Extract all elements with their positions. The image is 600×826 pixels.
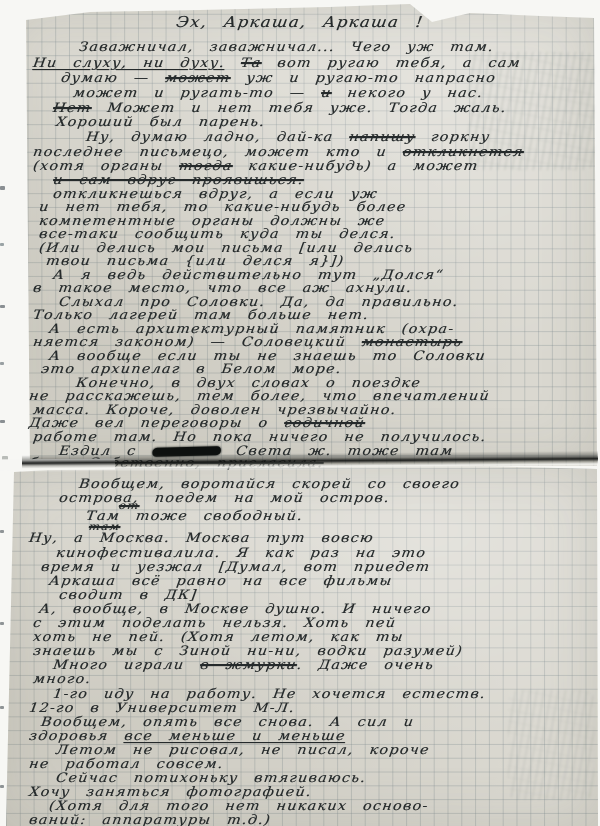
letter-text-segment: напишу	[348, 130, 416, 145]
letter-text-segment: . Даже очень	[296, 658, 435, 673]
letter-text-segment: Та	[240, 56, 263, 71]
letter-line: Хочу заняться фотографией.	[28, 785, 313, 800]
letter-text-segment: последнее письмецо, может кто и	[32, 145, 404, 160]
letter-text-segment: Много играли	[52, 658, 201, 673]
letter-line: Ни слуху, ни духу. Та вот ругаю тебя, а …	[32, 56, 522, 71]
letter-line: (Хотя для того нет никаких осново-	[48, 799, 430, 814]
letter-line: твои письма {или делся я}])	[45, 254, 345, 269]
letter-text-segment: горкну	[414, 130, 491, 145]
letter-text-segment: и сам вдруг проявишься.	[52, 173, 305, 188]
letter-line: Ну, думаю ладно, дай-ка напишу горкну	[85, 130, 491, 145]
letter-line: Эх, Аркаша, Аркаша !	[175, 13, 425, 31]
letter-line: последнее письмецо, может кто и откликне…	[32, 145, 525, 160]
letter-line: не работал совсем.	[28, 757, 225, 772]
letter-line: время и уезжал [Думал, вот приедет	[40, 560, 431, 575]
letter-line: сводит в ДК]	[58, 588, 198, 603]
letter-line: Летом не рисовал, не писал, короче	[55, 743, 431, 758]
letter-text-segment: откликнется	[402, 145, 525, 160]
letter-text-segment: все меньше и меньше	[123, 729, 347, 744]
letter-line: думаю — может уж и ругаю-то напрасно	[60, 71, 497, 86]
letter-line: острова, поедем на мой остров.	[58, 491, 391, 506]
letter-line: Даже вел переговоры о годичной	[28, 416, 366, 431]
letter-text-segment: Ну, думаю ладно, дай-ка	[85, 130, 350, 145]
letter-line: Хороший был парень.	[55, 115, 266, 130]
letter-line: Заважничал, заважничал... Чего уж там.	[78, 40, 495, 55]
scanned-letter: Эх, Аркаша, Аркаша !Заважничал, заважнич…	[0, 0, 600, 826]
letter-line: может и ругать-то — и некого у нас.	[72, 86, 484, 101]
letter-text-segment: уж и ругаю-то напрасно	[229, 71, 497, 86]
letter-text-segment: здоровья	[28, 729, 125, 744]
letter-text-segment: монастырь	[361, 335, 464, 350]
letter-line: 12-го в Университет М-Л.	[28, 701, 296, 716]
letter-line: много.	[32, 672, 92, 687]
letter-text-segment: няется законом) — Соловецкий	[32, 335, 363, 350]
letter-line: Вообщем, воротайся скорей со своего	[78, 477, 461, 492]
scanned-document-page: { "style_colors": { "paper": "#dad8d0", …	[0, 0, 600, 826]
letter-line: кинофестивалила. Я как раз на это	[55, 546, 427, 561]
letter-text-segment: какие-нибудь) а может	[232, 159, 480, 174]
letter-text-segment: Нет	[52, 101, 93, 116]
letter-line: ваний: аппаратуры т.д.)	[28, 813, 272, 826]
letter-line: не расскажешь, тем более, что впечатлени…	[28, 389, 491, 404]
letter-text-segment: может и ругать-то —	[72, 86, 322, 101]
letter-line: Ну, а Москва. Москва тут вовсю	[28, 531, 375, 546]
letter-text-segment: думаю —	[60, 71, 166, 86]
letter-line: Только лагерей там больше нет.	[32, 308, 370, 323]
letter-text-segment: Ни слуху, ни духу.	[32, 56, 226, 71]
letter-line: Много играли в жмурки. Даже очень	[52, 658, 435, 673]
letter-line: Сейчас потихоньку втягиваюсь.	[55, 771, 367, 786]
letter-text-segment: годичной	[283, 416, 366, 431]
letter-line: и нет тебя, то какие-нибудь более	[38, 200, 407, 215]
letter-text-segment: тогда	[178, 159, 234, 174]
letter-line: знаешь мы с Зиной ни-ни, водки разумей)	[32, 644, 464, 659]
letter-text-segment: Может и нет тебя уже. Тогда жаль.	[90, 101, 507, 116]
letter-line: няется законом) — Соловецкий монастырь	[32, 335, 463, 350]
letter-line: это архипелаг в Белом море.	[40, 362, 343, 377]
letter-line: Аркаша всё равно на все фильмы	[48, 574, 393, 589]
letter-line: А, вообще, в Москве душно. И ничего	[38, 602, 433, 617]
letter-text-segment: Даже вел переговоры о	[28, 416, 285, 431]
letter-line: в такое место, что все аж ахнули.	[32, 281, 413, 296]
letter-line: 1-го иду на работу. Не хочется естеств.	[52, 687, 487, 702]
letter-text-segment: может	[164, 71, 231, 86]
letter-lines: Эх, Аркаша, Аркаша !Заважничал, заважнич…	[0, 0, 600, 826]
letter-line: с этим поделать нельзя. Хоть пей	[32, 616, 397, 631]
letter-line: все-таки сообщить куда ты делся.	[38, 227, 397, 242]
letter-line: работе там. Но пока ничего не получилось…	[32, 430, 487, 445]
letter-line: Вообщем, опять все снова. А сил и	[40, 715, 415, 730]
letter-text-segment: в жмурки	[199, 658, 298, 673]
letter-line: (хотя органы тогда какие-нибудь) а может	[32, 159, 479, 174]
letter-line: здоровья все меньше и меньше	[28, 729, 347, 744]
letter-line: хоть не пей. (Хотя летом, как ты	[32, 630, 405, 645]
letter-text-segment: (хотя органы	[32, 159, 180, 174]
letter-line: Нет Может и нет тебя уже. Тогда жаль.	[52, 101, 508, 116]
letter-text-segment: некого у нас.	[331, 86, 485, 101]
letter-line: и сам вдруг проявишься.	[52, 173, 305, 188]
letter-text-segment: вот ругаю тебя, а сам	[260, 56, 521, 71]
